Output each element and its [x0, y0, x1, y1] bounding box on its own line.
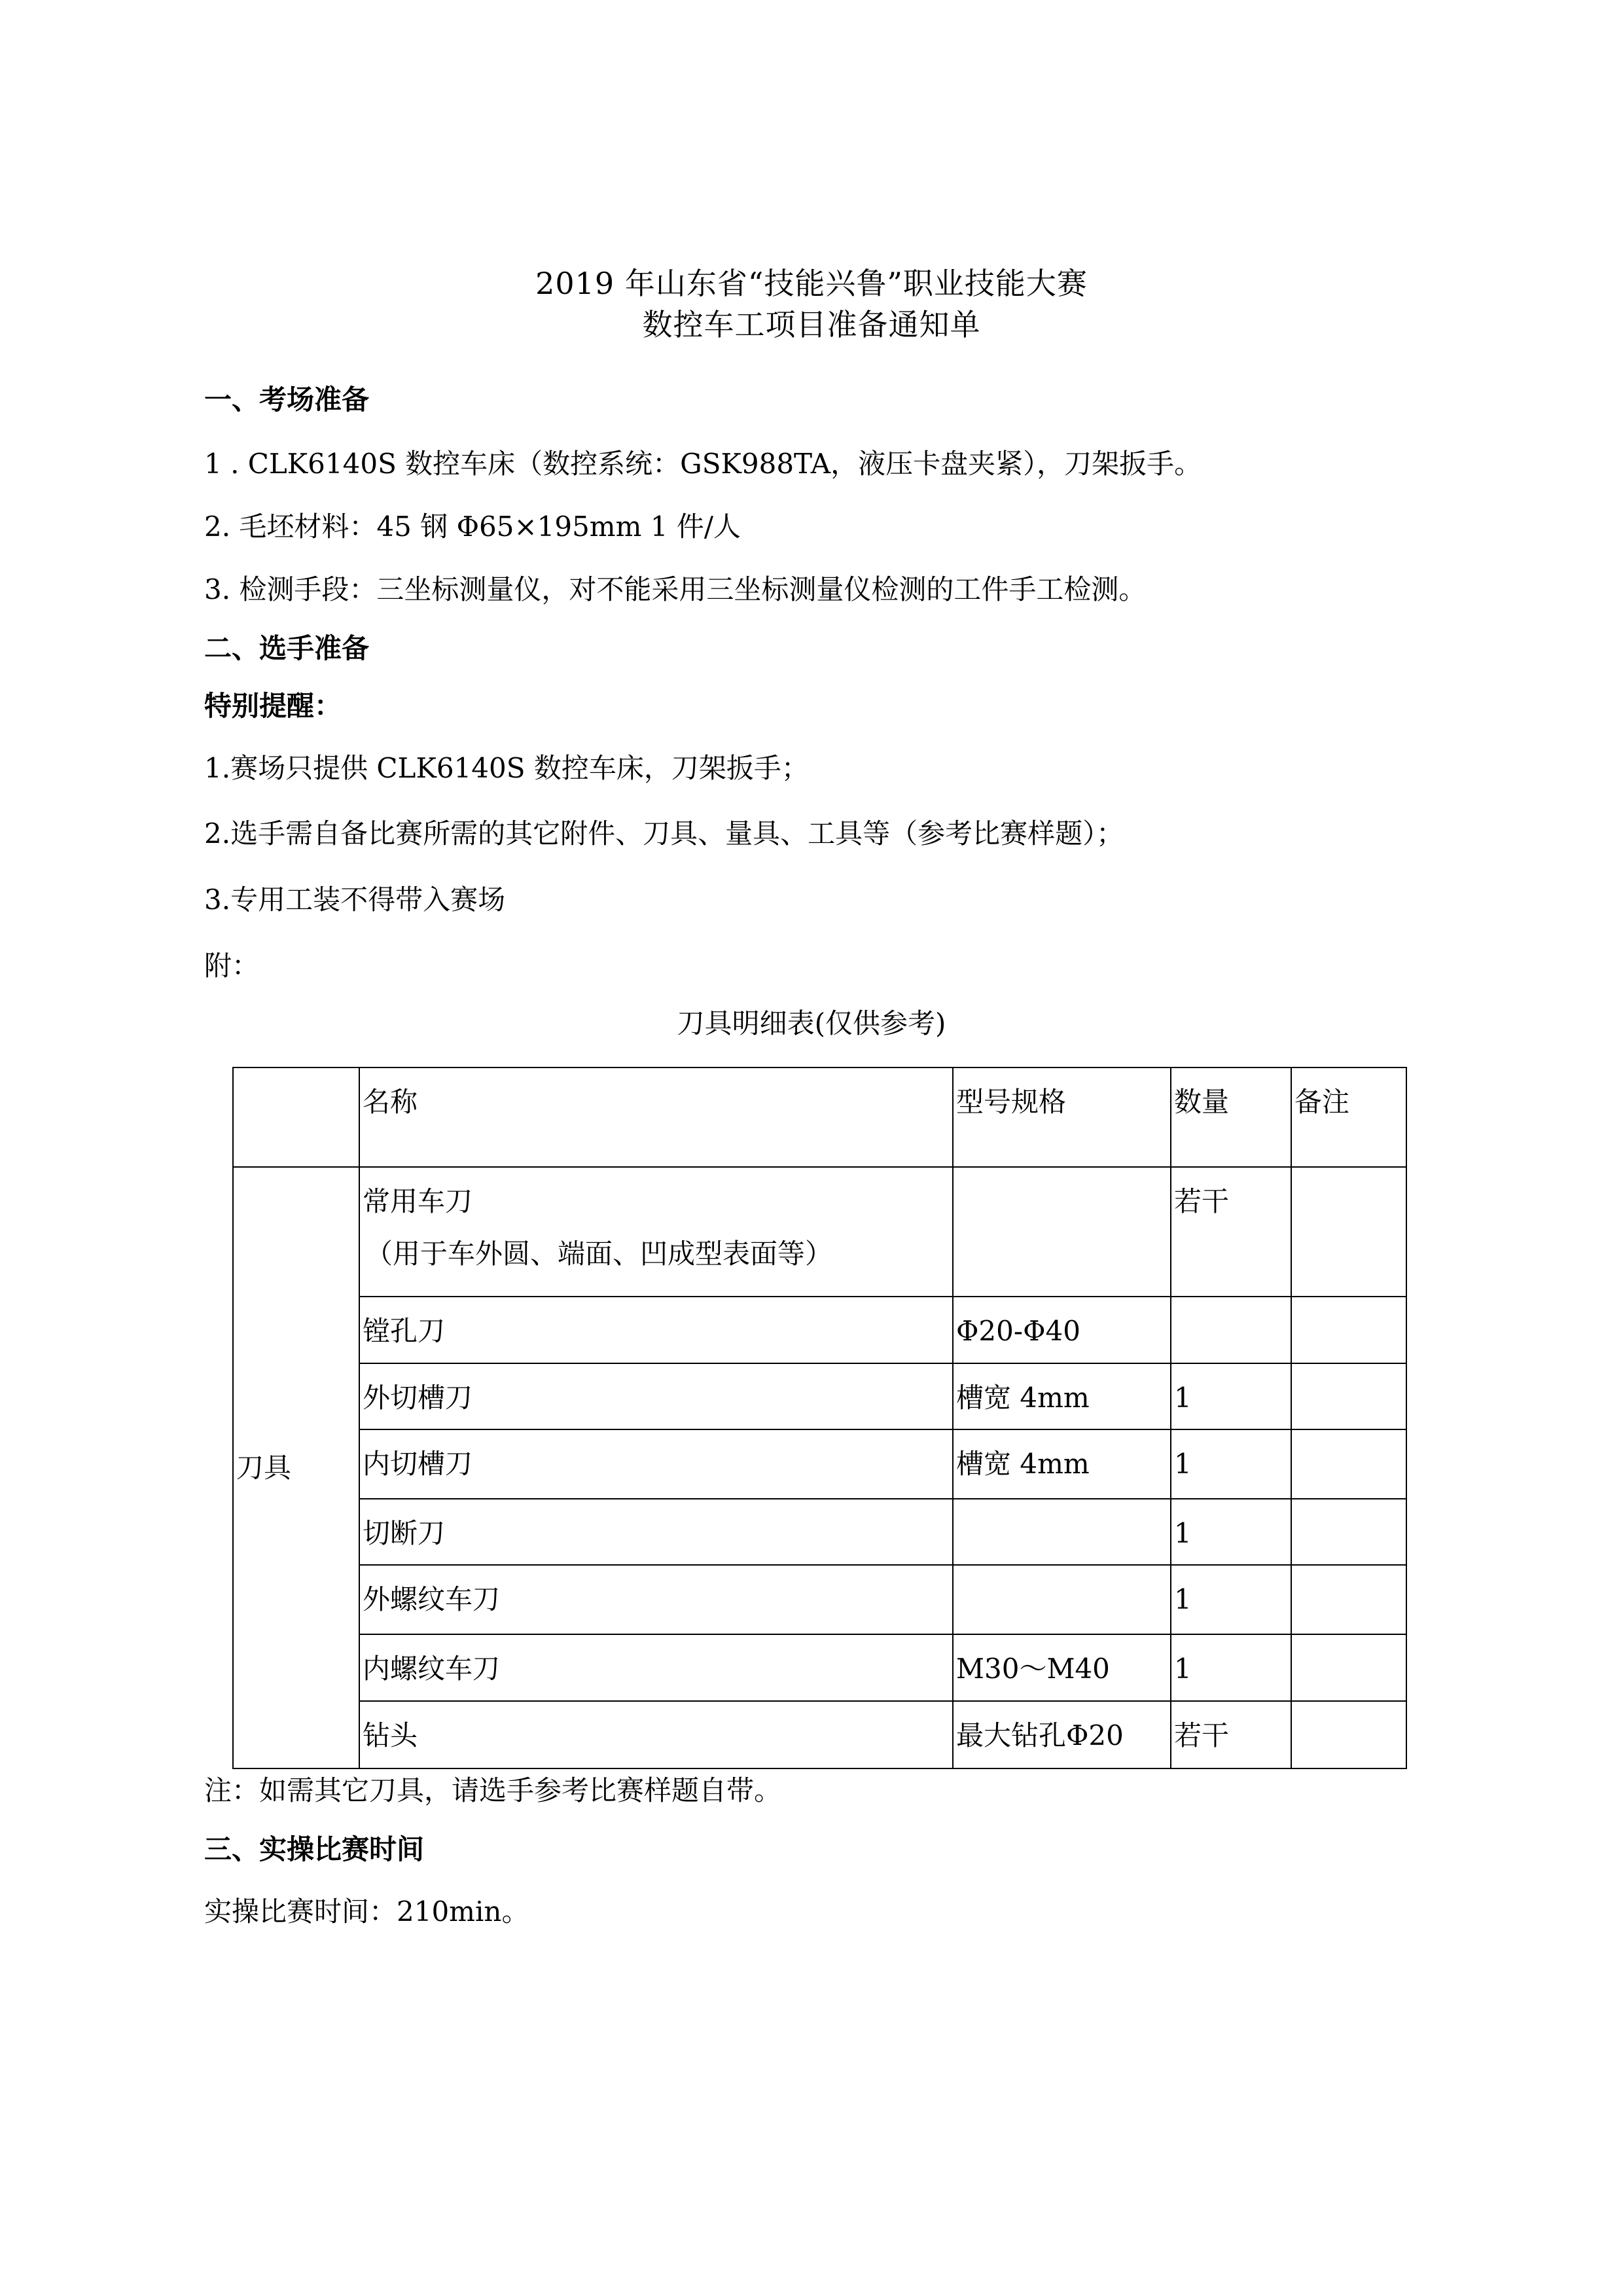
- section3-text: 实操比赛时间：210min。: [204, 1895, 529, 1929]
- table-row: 内螺纹车刀 M30～M40 1: [233, 1634, 1406, 1701]
- section1-heading: 一、考场准备: [204, 383, 369, 417]
- tool-note-cell: [1291, 1429, 1406, 1499]
- tool-note-cell: [1291, 1565, 1406, 1634]
- table-row: 刀具 常用车刀 （用于车外圆、端面、凹成型表面等） 若干: [233, 1167, 1406, 1297]
- tool-qty-cell: 若干: [1171, 1701, 1291, 1768]
- table-row: 外螺纹车刀 1: [233, 1565, 1406, 1634]
- tool-note-cell: [1291, 1634, 1406, 1701]
- table-row: 内切槽刀 槽宽 4mm 1: [233, 1429, 1406, 1499]
- tool-note-cell: [1291, 1499, 1406, 1565]
- tool-qty-cell: 1: [1171, 1499, 1291, 1565]
- tool-qty-cell: 1: [1171, 1565, 1291, 1634]
- table-row: 外切槽刀 槽宽 4mm 1: [233, 1363, 1406, 1429]
- section1-item-2: 2. 毛坯材料：45 钢 Φ65×195mm 1 件/人: [204, 510, 741, 544]
- tool-qty-cell: 1: [1171, 1429, 1291, 1499]
- header-cell-note: 备注: [1291, 1067, 1406, 1167]
- table-row: 钻头 最大钻孔Φ20 若干: [233, 1701, 1406, 1768]
- tool-name-cell: 内螺纹车刀: [359, 1634, 953, 1701]
- tool-note-cell: [1291, 1167, 1406, 1297]
- tool-note-cell: [1291, 1701, 1406, 1768]
- header-cell-empty: [233, 1067, 359, 1167]
- document-title-line2: 数控车工项目准备通知单: [0, 306, 1623, 343]
- table-note: 注：如需其它刀具，请选手参考比赛样题自带。: [204, 1774, 781, 1808]
- table-row: 切断刀 1: [233, 1499, 1406, 1565]
- table-caption: 刀具明细表(仅供参考): [0, 1007, 1623, 1041]
- tool-name-cell: 外螺纹车刀: [359, 1565, 953, 1634]
- tool-spec-cell: [953, 1167, 1171, 1297]
- table-header-row: 名称 型号规格 数量 备注: [233, 1067, 1406, 1167]
- tool-spec-cell: [953, 1499, 1171, 1565]
- header-cell-name: 名称: [359, 1067, 953, 1167]
- tool-name-cell: 钻头: [359, 1701, 953, 1768]
- tool-spec-cell: Φ20-Φ40: [953, 1297, 1171, 1363]
- section1-item-1: 1 . CLK6140S 数控车床（数控系统：GSK988TA，液压卡盘夹紧），…: [204, 447, 1202, 481]
- tool-name: 常用车刀: [363, 1185, 473, 1217]
- tool-spec-cell: 最大钻孔Φ20: [953, 1701, 1171, 1768]
- tool-spec-cell: M30～M40: [953, 1634, 1171, 1701]
- header-cell-qty: 数量: [1171, 1067, 1291, 1167]
- section2-item-2: 2.选手需自备比赛所需的其它附件、刀具、量具、工具等（参考比赛样题）；: [204, 817, 1124, 851]
- tool-name-cell: 切断刀: [359, 1499, 953, 1565]
- tool-name-cell: 内切槽刀: [359, 1429, 953, 1499]
- section1-item-3: 3. 检测手段：三坐标测量仪，对不能采用三坐标测量仪检测的工件手工检测。: [204, 573, 1146, 607]
- document-page: 2019 年山东省“技能兴鲁”职业技能大赛 数控车工项目准备通知单 一、考场准备…: [0, 0, 1623, 2296]
- document-title-line1: 2019 年山东省“技能兴鲁”职业技能大赛: [0, 265, 1623, 302]
- tool-spec-cell: 槽宽 4mm: [953, 1429, 1171, 1499]
- tool-name-cell: 外切槽刀: [359, 1363, 953, 1429]
- tool-qty-cell: 若干: [1171, 1167, 1291, 1297]
- appendix-label: 附：: [204, 949, 259, 983]
- section3-heading: 三、实操比赛时间: [204, 1833, 424, 1867]
- header-cell-spec: 型号规格: [953, 1067, 1171, 1167]
- tool-qty-cell: [1171, 1297, 1291, 1363]
- tool-note-cell: [1291, 1363, 1406, 1429]
- tool-spec-cell: [953, 1565, 1171, 1634]
- category-cell: 刀具: [233, 1167, 359, 1768]
- tool-name-sub: （用于车外圆、端面、凹成型表面等）: [363, 1237, 950, 1271]
- tool-name-cell: 常用车刀 （用于车外圆、端面、凹成型表面等）: [359, 1167, 953, 1297]
- tool-spec-cell: 槽宽 4mm: [953, 1363, 1171, 1429]
- tool-qty-cell: 1: [1171, 1363, 1291, 1429]
- section2-heading: 二、选手准备: [204, 632, 369, 666]
- table-row: 镗孔刀 Φ20-Φ40: [233, 1297, 1406, 1363]
- tool-note-cell: [1291, 1297, 1406, 1363]
- tool-list-table: 名称 型号规格 数量 备注 刀具 常用车刀 （用于车外圆、端面、凹成型表面等） …: [232, 1067, 1407, 1769]
- tool-name-cell: 镗孔刀: [359, 1297, 953, 1363]
- section2-item-3: 3.专用工装不得带入赛场: [204, 883, 505, 917]
- special-reminder-label: 特别提醒：: [204, 689, 342, 723]
- section2-item-1: 1.赛场只提供 CLK6140S 数控车床，刀架扳手；: [204, 751, 809, 785]
- tool-qty-cell: 1: [1171, 1634, 1291, 1701]
